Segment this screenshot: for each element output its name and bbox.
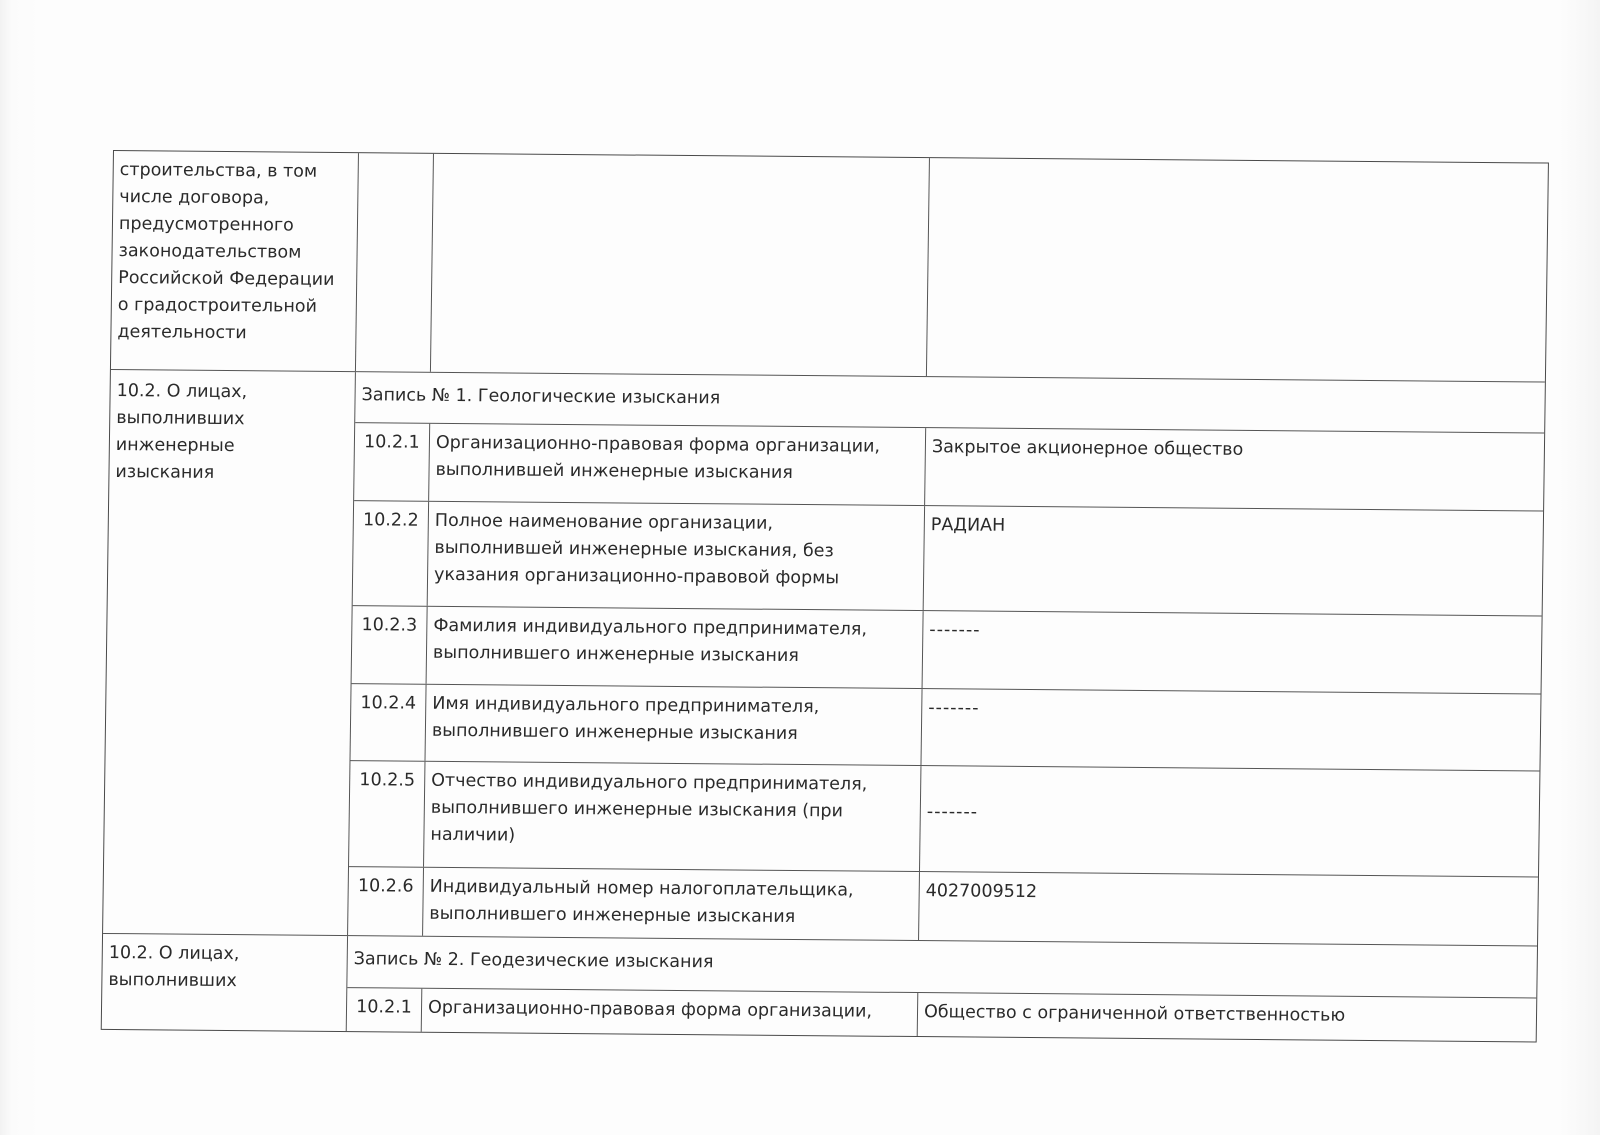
row-value-inn: 4027009512: [919, 872, 1538, 945]
text-line: выполнивших: [108, 967, 340, 996]
row-value-empty-dash: -------: [923, 611, 1542, 693]
row-value-empty-dash: -------: [921, 689, 1540, 770]
row-value-empty-dash: -------: [920, 766, 1539, 876]
text-line: Организационно-правовая форма организаци…: [436, 430, 919, 461]
continuation-row: строительства, в том числе договора, пре…: [111, 151, 1548, 382]
text-line: выполнившей инженерные изыскания, без: [434, 535, 917, 566]
text-line: Отчество индивидуального предпринимателя…: [431, 768, 914, 799]
continuation-label: строительства, в том числе договора, пре…: [111, 151, 359, 371]
text-line: инженерные: [116, 432, 348, 461]
text-line: Организационно-правовая форма организаци…: [428, 995, 911, 1026]
record-2-group: 10.2. О лицах, выполнивших Запись № 2. Г…: [102, 934, 1537, 1042]
row-description: Организационно-правовая форма организаци…: [422, 989, 919, 1036]
row-number: 10.2.5: [349, 761, 425, 867]
text-line: выполнившего инженерные изыскания (при: [431, 795, 914, 826]
text-line: выполнившего инженерные изыскания: [429, 901, 912, 932]
text-line: строительства, в том: [120, 157, 352, 186]
table-row: 10.2.6 Индивидуальный номер налогоплател…: [348, 867, 1538, 945]
row-number: 10.2.1: [354, 423, 430, 501]
row-description: Имя индивидуального предпринимателя, вып…: [425, 685, 922, 765]
text-line: выполнивших: [116, 405, 348, 434]
empty-num-cell: [356, 153, 434, 372]
row-description: Полное наименование организации, выполни…: [428, 502, 925, 610]
row-description: Отчество индивидуального предпринимателя…: [424, 762, 921, 871]
text-line: выполнившего инженерные изыскания: [432, 718, 915, 749]
table-row: 10.2.1 Организационно-правовая форма орг…: [354, 423, 1544, 511]
record-1-content: Запись № 1. Геологические изыскания 10.2…: [348, 372, 1545, 945]
table-row: 10.2.4 Имя индивидуального предпринимате…: [350, 684, 1540, 771]
text-line: Фамилия индивидуального предпринимателя,: [433, 613, 916, 644]
text-line: о градостроительной: [118, 292, 350, 321]
scanned-page: строительства, в том числе договора, пре…: [0, 0, 1600, 1135]
text-line: Индивидуальный номер налогоплательщика,: [430, 874, 913, 905]
table-row: 10.2.2 Полное наименование организации, …: [353, 501, 1543, 616]
row-value: Закрытое акционерное общество: [925, 428, 1544, 510]
record-title: Запись № 2. Геодезические изыскания: [347, 936, 1537, 997]
record-1-section-label: 10.2. О лицах, выполнивших инженерные из…: [103, 370, 356, 935]
text-line: предусмотренного: [119, 211, 351, 240]
empty-value-cell: [927, 158, 1548, 381]
text-line: выполнившей инженерные изыскания: [435, 457, 918, 488]
empty-desc-cell: [431, 154, 930, 376]
record-2-content: Запись № 2. Геодезические изыскания 10.2…: [347, 936, 1537, 1041]
text-line: Имя индивидуального предпринимателя,: [432, 691, 915, 722]
text-line: изыскания: [115, 459, 347, 488]
row-number: 10.2.6: [348, 867, 424, 936]
text-line: указания организационно-правовой формы: [434, 562, 917, 593]
text-line: Российской Федерации: [118, 265, 350, 294]
row-number: 10.2.2: [353, 501, 429, 606]
record-1-group: 10.2. О лицах, выполнивших инженерные из…: [103, 370, 1545, 946]
text-line: выполнившего инженерные изыскания: [433, 640, 916, 671]
text-line: 10.2. О лицах,: [116, 378, 348, 407]
text-line: числе договора,: [119, 184, 351, 213]
row-description: Организационно-правовая форма организаци…: [429, 424, 926, 505]
text-line: деятельности: [117, 319, 349, 348]
row-value: РАДИАН: [924, 506, 1543, 615]
text-line: Полное наименование организации,: [435, 508, 918, 539]
text-line: 10.2. О лицах,: [109, 940, 341, 969]
row-number: 10.2.4: [351, 684, 427, 761]
row-number: 10.2.3: [352, 606, 428, 684]
row-number: 10.2.1: [347, 988, 423, 1032]
row-description: Индивидуальный номер налогоплательщика, …: [423, 868, 920, 940]
table-row: 10.2.5 Отчество индивидуального предприн…: [349, 761, 1539, 877]
record-2-section-label: 10.2. О лицах, выполнивших: [102, 934, 348, 1031]
row-value: Общество с ограниченной ответственностью: [918, 993, 1537, 1041]
document-table-wrapper: строительства, в том числе договора, пре…: [101, 150, 1549, 1042]
row-description: Фамилия индивидуального предпринимателя,…: [427, 607, 924, 688]
table-row: 10.2.1 Организационно-правовая форма орг…: [347, 988, 1537, 1041]
text-line: законодательством: [118, 238, 350, 267]
record-title: Запись № 1. Геологические изыскания: [355, 372, 1545, 432]
document-table: строительства, в том числе договора, пре…: [101, 150, 1549, 1042]
table-row: 10.2.3 Фамилия индивидуального предприни…: [352, 606, 1542, 694]
text-line: наличии): [430, 822, 913, 853]
